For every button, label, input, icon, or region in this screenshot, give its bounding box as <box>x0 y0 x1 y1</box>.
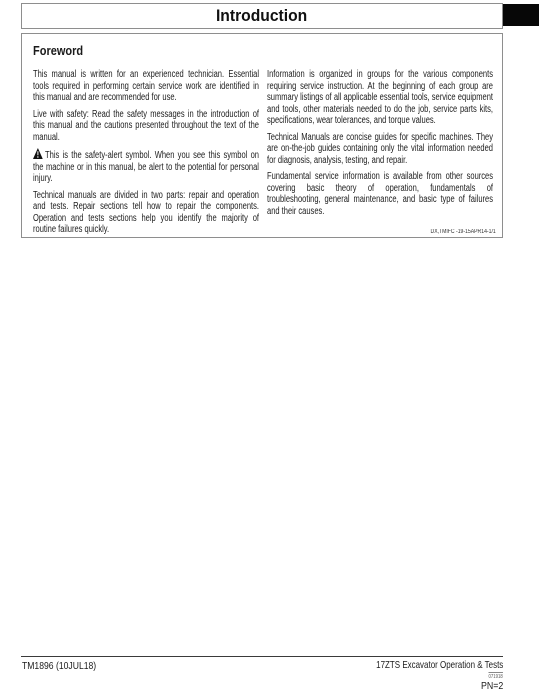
manual-title: 17ZTS Excavator Operation & Tests <box>376 659 503 671</box>
manual-number: TM1896 (10JUL18) <box>22 660 96 672</box>
paragraph: Technical manuals are divided in two par… <box>33 190 259 236</box>
foreword-box: Foreword This manual is written for an e… <box>21 33 503 238</box>
paragraph: Fundamental service information is avail… <box>267 171 493 217</box>
page-title: Introduction <box>216 6 307 26</box>
left-column: This manual is written for an experience… <box>33 69 259 241</box>
paragraph: Technical Manuals are concise guides for… <box>267 132 493 167</box>
reference-code: DX,TMIFC -19-15APR14-1/1 <box>431 229 496 235</box>
page-number: PN=2 <box>356 681 503 692</box>
footer-right-block: 17ZTS Excavator Operation & Tests 071918… <box>336 659 503 692</box>
foreword-heading: Foreword <box>33 44 83 58</box>
paragraph-safety-alert: This is the safety-alert symbol. When yo… <box>33 148 259 185</box>
section-title-box: Introduction <box>21 3 503 29</box>
section-bleed-tab <box>503 4 539 26</box>
print-code: 071918 <box>489 672 503 680</box>
paragraph: Live with safety: Read the safety messag… <box>33 109 259 144</box>
paragraph: Information is organized in groups for t… <box>267 69 493 127</box>
paragraph-text: This is the safety-alert symbol. When yo… <box>33 150 259 184</box>
manual-page: Introduction Foreword This manual is wri… <box>0 0 541 700</box>
footer-rule <box>21 656 503 657</box>
safety-alert-icon <box>33 148 43 162</box>
paragraph: This manual is written for an experience… <box>33 69 259 104</box>
right-column: Information is organized in groups for t… <box>267 69 493 241</box>
two-column-text: This manual is written for an experience… <box>33 69 493 241</box>
